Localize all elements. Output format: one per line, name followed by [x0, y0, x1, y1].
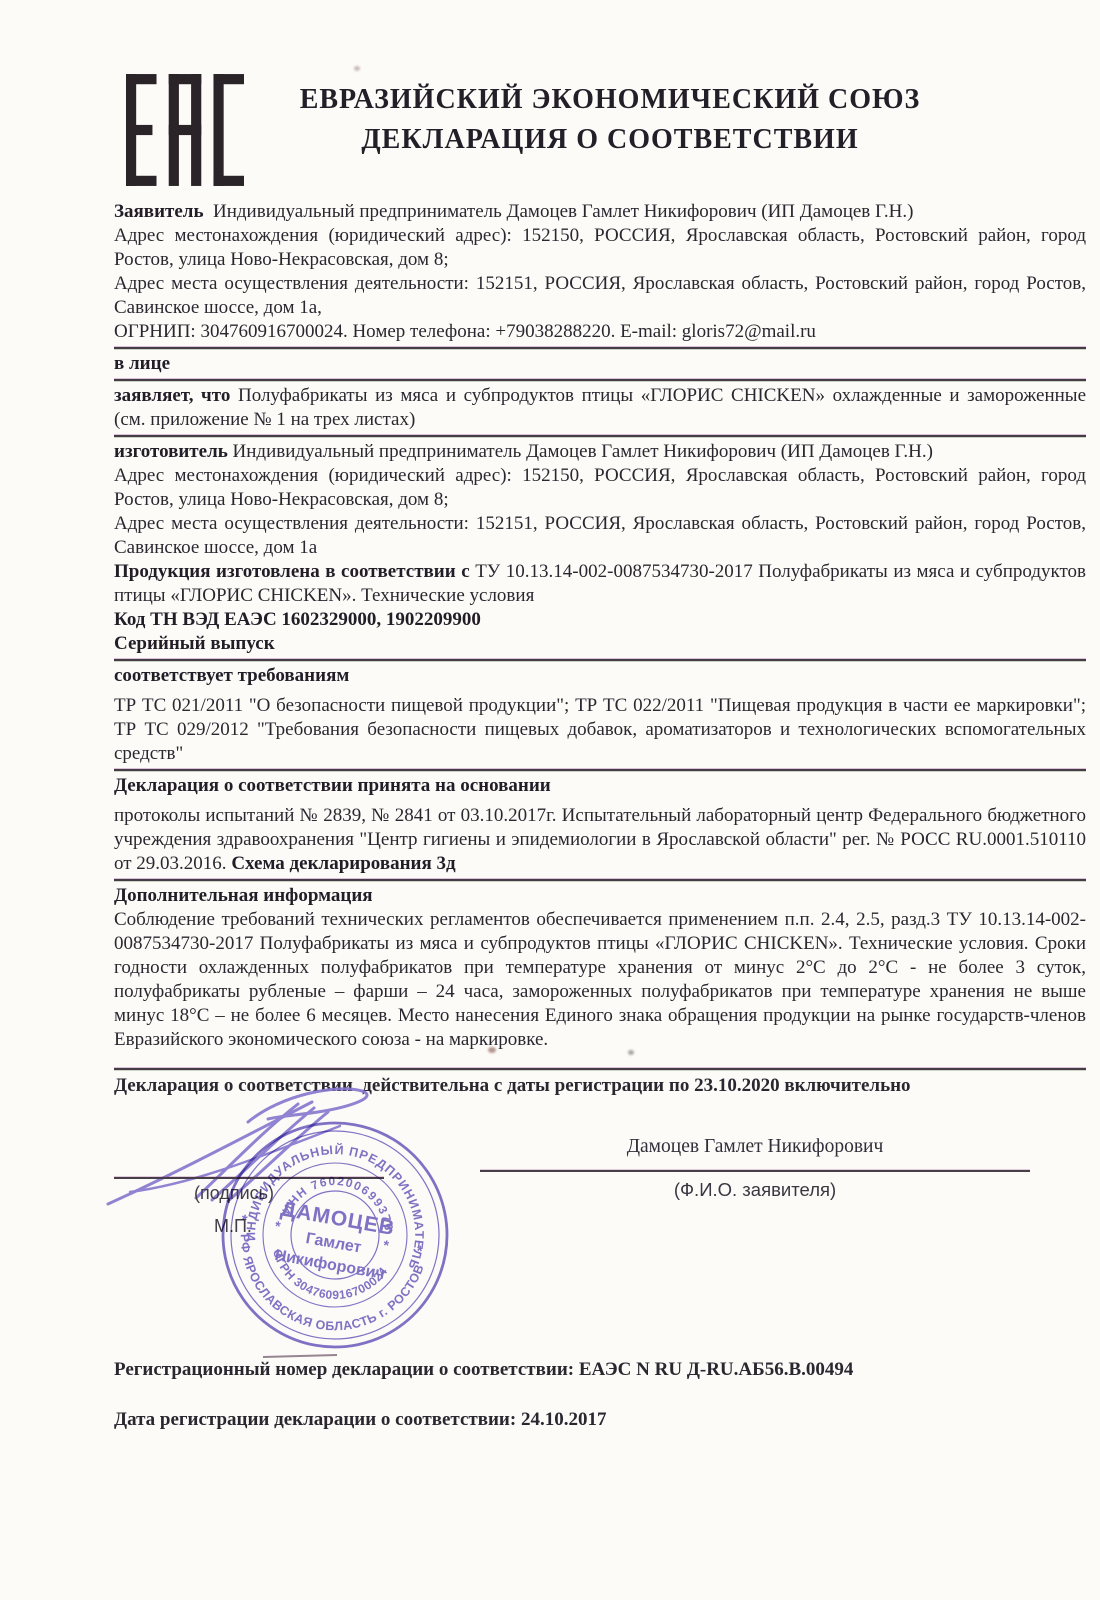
production-paragraph: Продукция изготовлена в соответствии с Т…: [114, 560, 1086, 608]
declaration-scheme: Схема декларирования 3д: [231, 853, 455, 874]
applicant-fio: Дамоцев Гамлет Никифорович: [480, 1136, 1030, 1158]
scan-artifact: [628, 1050, 634, 1055]
section-divider: [114, 879, 1086, 881]
manufacturer-label: изготовитель: [114, 441, 228, 462]
title-union: ЕВРАЗИЙСКИЙ ЭКОНОМИЧЕСКИЙ СОЮЗ: [250, 80, 970, 120]
registration-number-line: Регистрационный номер декларации о соотв…: [114, 1359, 1086, 1381]
registration-number-label: Регистрационный номер декларации о соотв…: [114, 1359, 574, 1380]
registration-date-label: Дата регистрации декларации о соответств…: [114, 1409, 516, 1430]
in-person-label: в лице: [114, 353, 170, 374]
applicant-ogrnip-line: ОГРНИП: 304760916700024. Номер телефона:…: [114, 320, 1086, 344]
fio-line: [480, 1170, 1030, 1172]
section-divider: [114, 347, 1086, 349]
compliance-heading: соответствует требованиям: [114, 664, 1086, 688]
scan-artifact: [488, 1047, 496, 1053]
manufacturer-paragraph: изготовитель Индивидуальный предпринимат…: [114, 440, 1086, 464]
manufacturer-legal-address: Адрес местонахождения (юридический адрес…: [114, 464, 1086, 512]
section-divider: [114, 1068, 1086, 1070]
applicant-name: Индивидуальный предприниматель Дамоцев Г…: [213, 201, 913, 222]
round-stamp: ИНДИВИДУАЛЬНЫЙ ПРЕДПРИНИМАТЕЛЬ РФ ЯРОСЛА…: [213, 1113, 457, 1357]
serial-issue: Серийный выпуск: [114, 632, 1086, 656]
title-declaration: ДЕКЛАРАЦИЯ О СООТВЕТСТВИИ: [250, 120, 970, 160]
additional-info-text: Соблюдение требований технических реглам…: [114, 908, 1086, 1052]
applicant-legal-address: Адрес местонахождения (юридический адрес…: [114, 224, 1086, 272]
manufacturer-name: Индивидуальный предприниматель Дамоцев Г…: [233, 441, 933, 462]
section-divider: [114, 659, 1086, 661]
eac-logo-icon: [126, 74, 244, 186]
registration-date-line: Дата регистрации декларации о соответств…: [114, 1409, 1086, 1431]
tn-ved-code: Код ТН ВЭД ЕАЭС 1602329000, 1902209900: [114, 608, 1086, 632]
section-divider: [114, 435, 1086, 437]
additional-info-heading: Дополнительная информация: [114, 884, 1086, 908]
basis-heading: Декларация о соответствии принята на осн…: [114, 774, 1086, 798]
declaration-document: ЕВРАЗИЙСКИЙ ЭКОНОМИЧЕСКИЙ СОЮЗ ДЕКЛАРАЦИ…: [0, 0, 1100, 1600]
registration-date-value: 24.10.2017: [521, 1409, 607, 1430]
production-label: Продукция изготовлена в соответствии с: [114, 561, 470, 582]
section-divider: [114, 769, 1086, 771]
section-divider: [114, 379, 1086, 381]
applicant-paragraph: Заявитель Индивидуальный предприниматель…: [114, 200, 1086, 224]
in-person-row: в лице: [114, 352, 1086, 376]
scan-artifact: [354, 66, 360, 71]
document-body: Заявитель Индивидуальный предприниматель…: [114, 200, 1086, 1098]
applicant-activity-address: Адрес места осуществления деятельности: …: [114, 272, 1086, 320]
registration-number-value: ЕАЭС N RU Д-RU.АБ56.В.00494: [579, 1359, 854, 1380]
declares-paragraph: заявляет, что Полуфабрикаты из мяса и су…: [114, 384, 1086, 432]
declares-text: Полуфабрикаты из мяса и субпродуктов пти…: [114, 385, 1086, 430]
manufacturer-activity-address: Адрес места осуществления деятельности: …: [114, 512, 1086, 560]
compliance-text: ТР ТС 021/2011 "О безопасности пищевой п…: [114, 694, 1086, 766]
declares-label: заявляет, что: [114, 385, 230, 406]
applicant-label: Заявитель: [114, 201, 204, 222]
fio-caption: (Ф.И.О. заявителя): [480, 1179, 1030, 1201]
document-title: ЕВРАЗИЙСКИЙ ЭКОНОМИЧЕСКИЙ СОЮЗ ДЕКЛАРАЦИ…: [250, 80, 970, 160]
basis-text: протоколы испытаний № 2839, № 2841 от 03…: [114, 804, 1086, 876]
